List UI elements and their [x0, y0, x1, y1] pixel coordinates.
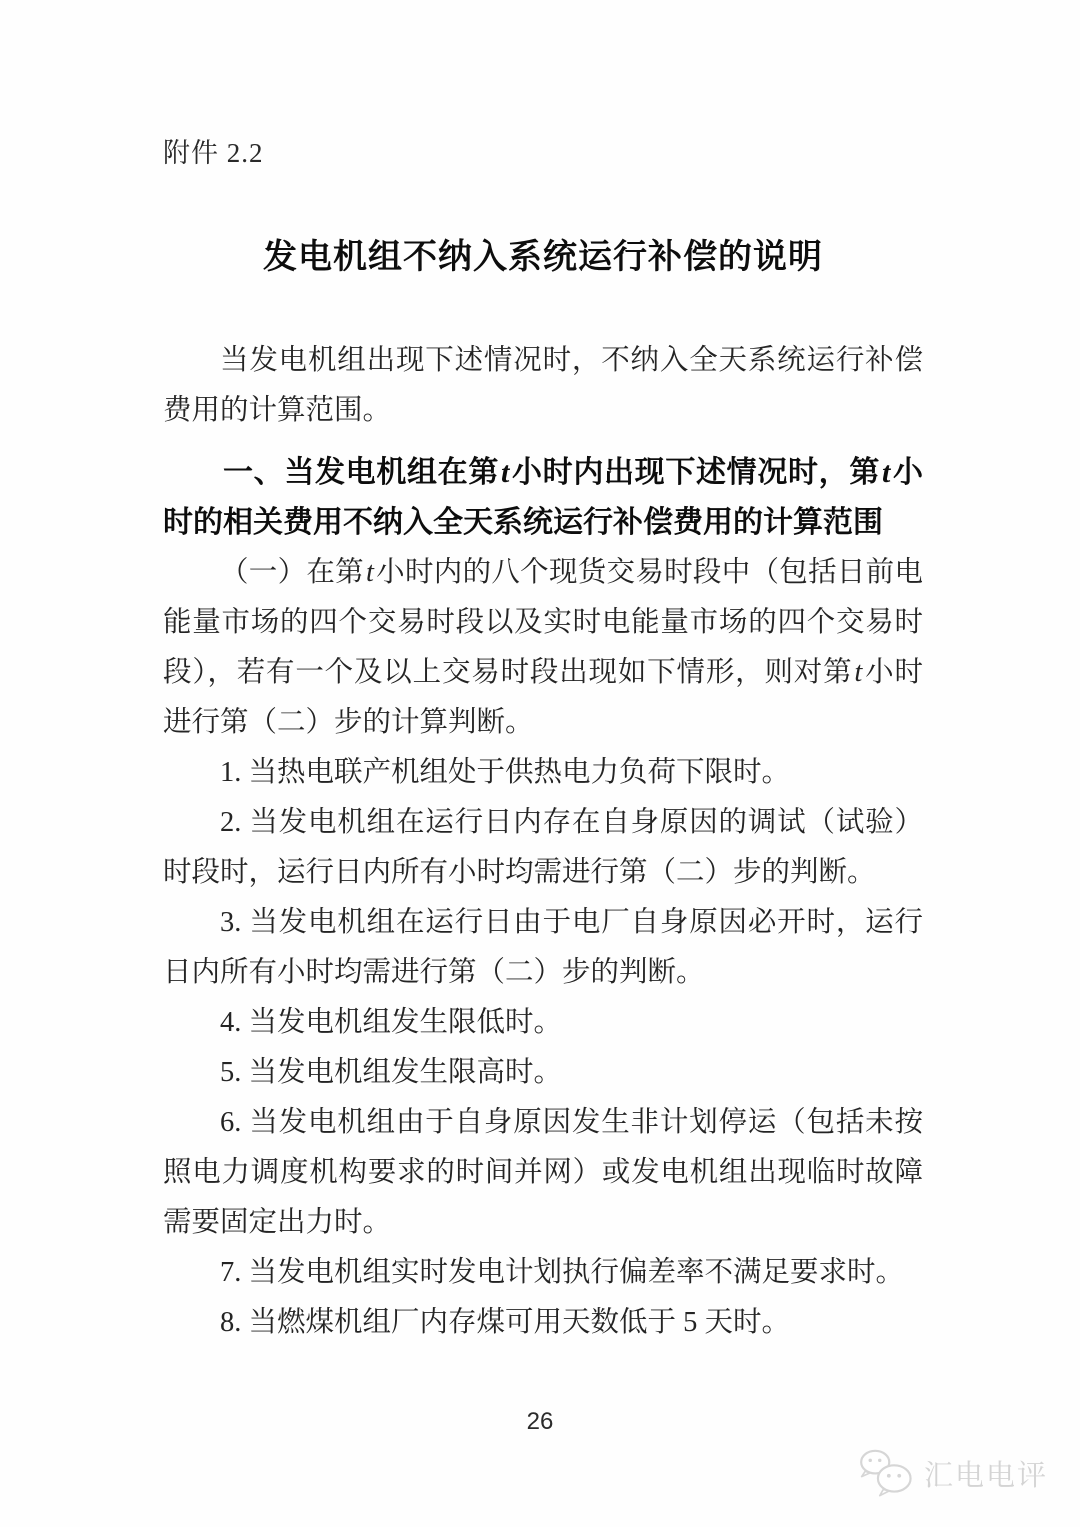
list-item-6: 6. 当发电机组由于自身原因发生非计划停运（包括未按照电力调度机构要求的时间并网… [163, 1098, 923, 1248]
document-title: 发电机组不纳入系统运行补偿的说明 [163, 236, 923, 278]
clause-segment: （一）在第 [220, 557, 364, 588]
list-item-3: 3. 当发电机组在运行日由于电厂自身原因必开时，运行日内所有小时均需进行第（二）… [163, 898, 923, 998]
list-item-4: 4. 当发电机组发生限低时。 [163, 998, 923, 1048]
variable-t: t [880, 456, 892, 489]
list-item-2: 2. 当发电机组在运行日内存在自身原因的调试（试验）时段时，运行日内所有小时均需… [163, 798, 923, 898]
variable-t: t [499, 456, 511, 489]
list-item-7: 7. 当发电机组实时发电计划执行偏差率不满足要求时。 [163, 1248, 923, 1298]
attachment-label: 附件 2.2 [163, 136, 923, 170]
variable-t: t [364, 557, 376, 588]
clause-one-paragraph: （一）在第t小时内的八个现货交易时段中（包括日前电能量市场的四个交易时段以及实时… [163, 548, 923, 748]
wechat-logo-icon [858, 1447, 916, 1499]
list-item-5: 5. 当发电机组发生限高时。 [163, 1048, 923, 1098]
variable-t: t [852, 657, 864, 688]
body-text: 当发电机组出现下述情况时，不纳入全天系统运行补偿费用的计算范围。 一、当发电机组… [163, 336, 923, 1348]
section-heading-1: 一、当发电机组在第t小时内出现下述情况时，第t小时的相关费用不纳入全天系统运行补… [163, 448, 923, 548]
document-content: 附件 2.2 发电机组不纳入系统运行补偿的说明 当发电机组出现下述情况时，不纳入… [0, 0, 1080, 1348]
watermark: 汇电电评 [858, 1447, 1048, 1499]
heading-segment: 小时内出现下述情况时，第 [511, 456, 880, 489]
heading-segment: 一、当发电机组在第 [223, 456, 499, 489]
document-page: 附件 2.2 发电机组不纳入系统运行补偿的说明 当发电机组出现下述情况时，不纳入… [0, 0, 1080, 1527]
watermark-text: 汇电电评 [924, 1453, 1048, 1494]
page-number: 26 [0, 1408, 1080, 1436]
list-item-1: 1. 当热电联产机组处于供热电力负荷下限时。 [163, 748, 923, 798]
intro-paragraph: 当发电机组出现下述情况时，不纳入全天系统运行补偿费用的计算范围。 [163, 336, 923, 436]
list-item-8: 8. 当燃煤机组厂内存煤可用天数低于 5 天时。 [163, 1298, 923, 1348]
